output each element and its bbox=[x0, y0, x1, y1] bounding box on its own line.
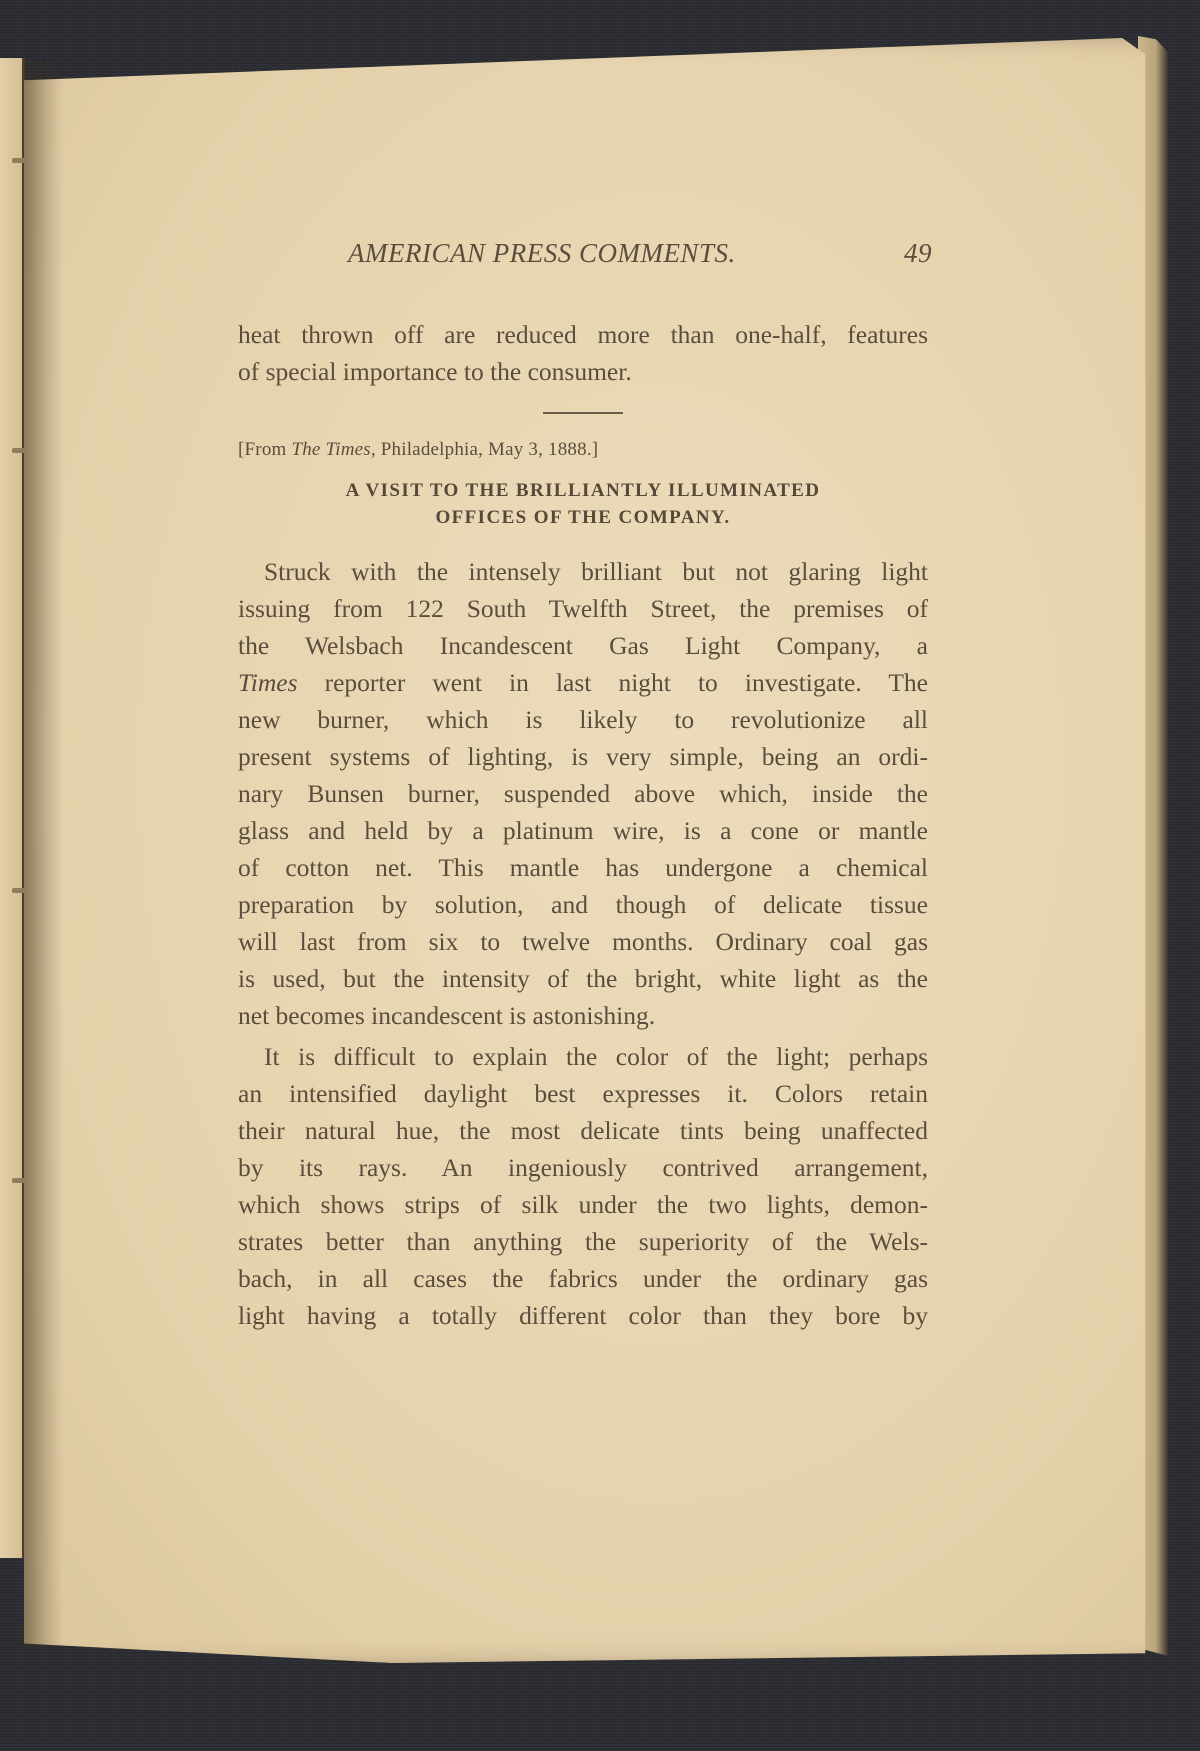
source-suffix: , Philadelphia, May 3, 1888.] bbox=[371, 439, 598, 460]
text-line: of cotton net. This mantle has undergone… bbox=[238, 849, 928, 886]
text-line: of special importance to the consumer. bbox=[238, 353, 928, 390]
text-line: It is difficult to explain the color of … bbox=[238, 1038, 928, 1075]
running-head: AMERICAN PRESS COMMENTS. 49 bbox=[348, 238, 928, 278]
text-line: Times reporter went in last night to inv… bbox=[238, 664, 928, 701]
text-line: heat thrown off are reduced more than on… bbox=[238, 316, 928, 353]
text-line: light having a totally different color t… bbox=[238, 1297, 928, 1334]
headline-line: OFFICES OF THE COMPANY. bbox=[238, 504, 928, 531]
gutter-shadow bbox=[24, 60, 64, 1650]
text-line: strates better than anything the superio… bbox=[238, 1223, 928, 1260]
text-line: glass and held by a platinum wire, is a … bbox=[238, 812, 928, 849]
text-line: issuing from 122 South Twelfth Street, t… bbox=[238, 590, 928, 627]
text-line: their natural hue, the most delicate tin… bbox=[238, 1112, 928, 1149]
article-headline: A VISIT TO THE BRILLIANTLY ILLUMINATED O… bbox=[238, 477, 928, 531]
text-line: which shows strips of silk under the two… bbox=[238, 1186, 928, 1223]
facing-page-edge bbox=[0, 58, 25, 1558]
text-line: by its rays. An ingeniously contrived ar… bbox=[238, 1149, 928, 1186]
text-line: preparation by solution, and though of d… bbox=[238, 886, 928, 923]
italic-publication: Times bbox=[238, 668, 298, 697]
continued-paragraph: heat thrown off are reduced more than on… bbox=[238, 316, 928, 390]
section-divider-rule bbox=[543, 412, 623, 414]
text-line: will last from six to twelve months. Ord… bbox=[238, 923, 928, 960]
article-paragraph-2: It is difficult to explain the color of … bbox=[238, 1038, 928, 1334]
text-fragment: reporter went in last night to investiga… bbox=[298, 668, 928, 697]
text-line: the Welsbach Incandescent Gas Light Comp… bbox=[238, 627, 928, 664]
text-line: net becomes incandescent is astonishing. bbox=[238, 997, 928, 1034]
headline-line: A VISIT TO THE BRILLIANTLY ILLUMINATED bbox=[238, 477, 928, 504]
text-line: Struck with the intensely brilliant but … bbox=[238, 553, 928, 590]
page-content: AMERICAN PRESS COMMENTS. 49 heat thrown … bbox=[238, 240, 928, 1334]
source-publication: The Times bbox=[291, 439, 370, 460]
source-prefix: [From bbox=[238, 439, 291, 460]
text-line: is used, but the intensity of the bright… bbox=[238, 960, 928, 997]
text-line: an intensified daylight best expresses i… bbox=[238, 1075, 928, 1112]
text-line: nary Bunsen burner, suspended above whic… bbox=[238, 775, 928, 812]
text-line: new burner, which is likely to revolutio… bbox=[238, 701, 928, 738]
running-head-title: AMERICAN PRESS COMMENTS. bbox=[348, 238, 736, 269]
text-line: present systems of lighting, is very sim… bbox=[238, 738, 928, 775]
page-number: 49 bbox=[904, 238, 932, 269]
article-source-citation: [From The Times, Philadelphia, May 3, 18… bbox=[238, 439, 928, 461]
text-line: bach, in all cases the fabrics under the… bbox=[238, 1260, 928, 1297]
article-paragraph-1: Struck with the intensely brilliant but … bbox=[238, 553, 928, 1034]
